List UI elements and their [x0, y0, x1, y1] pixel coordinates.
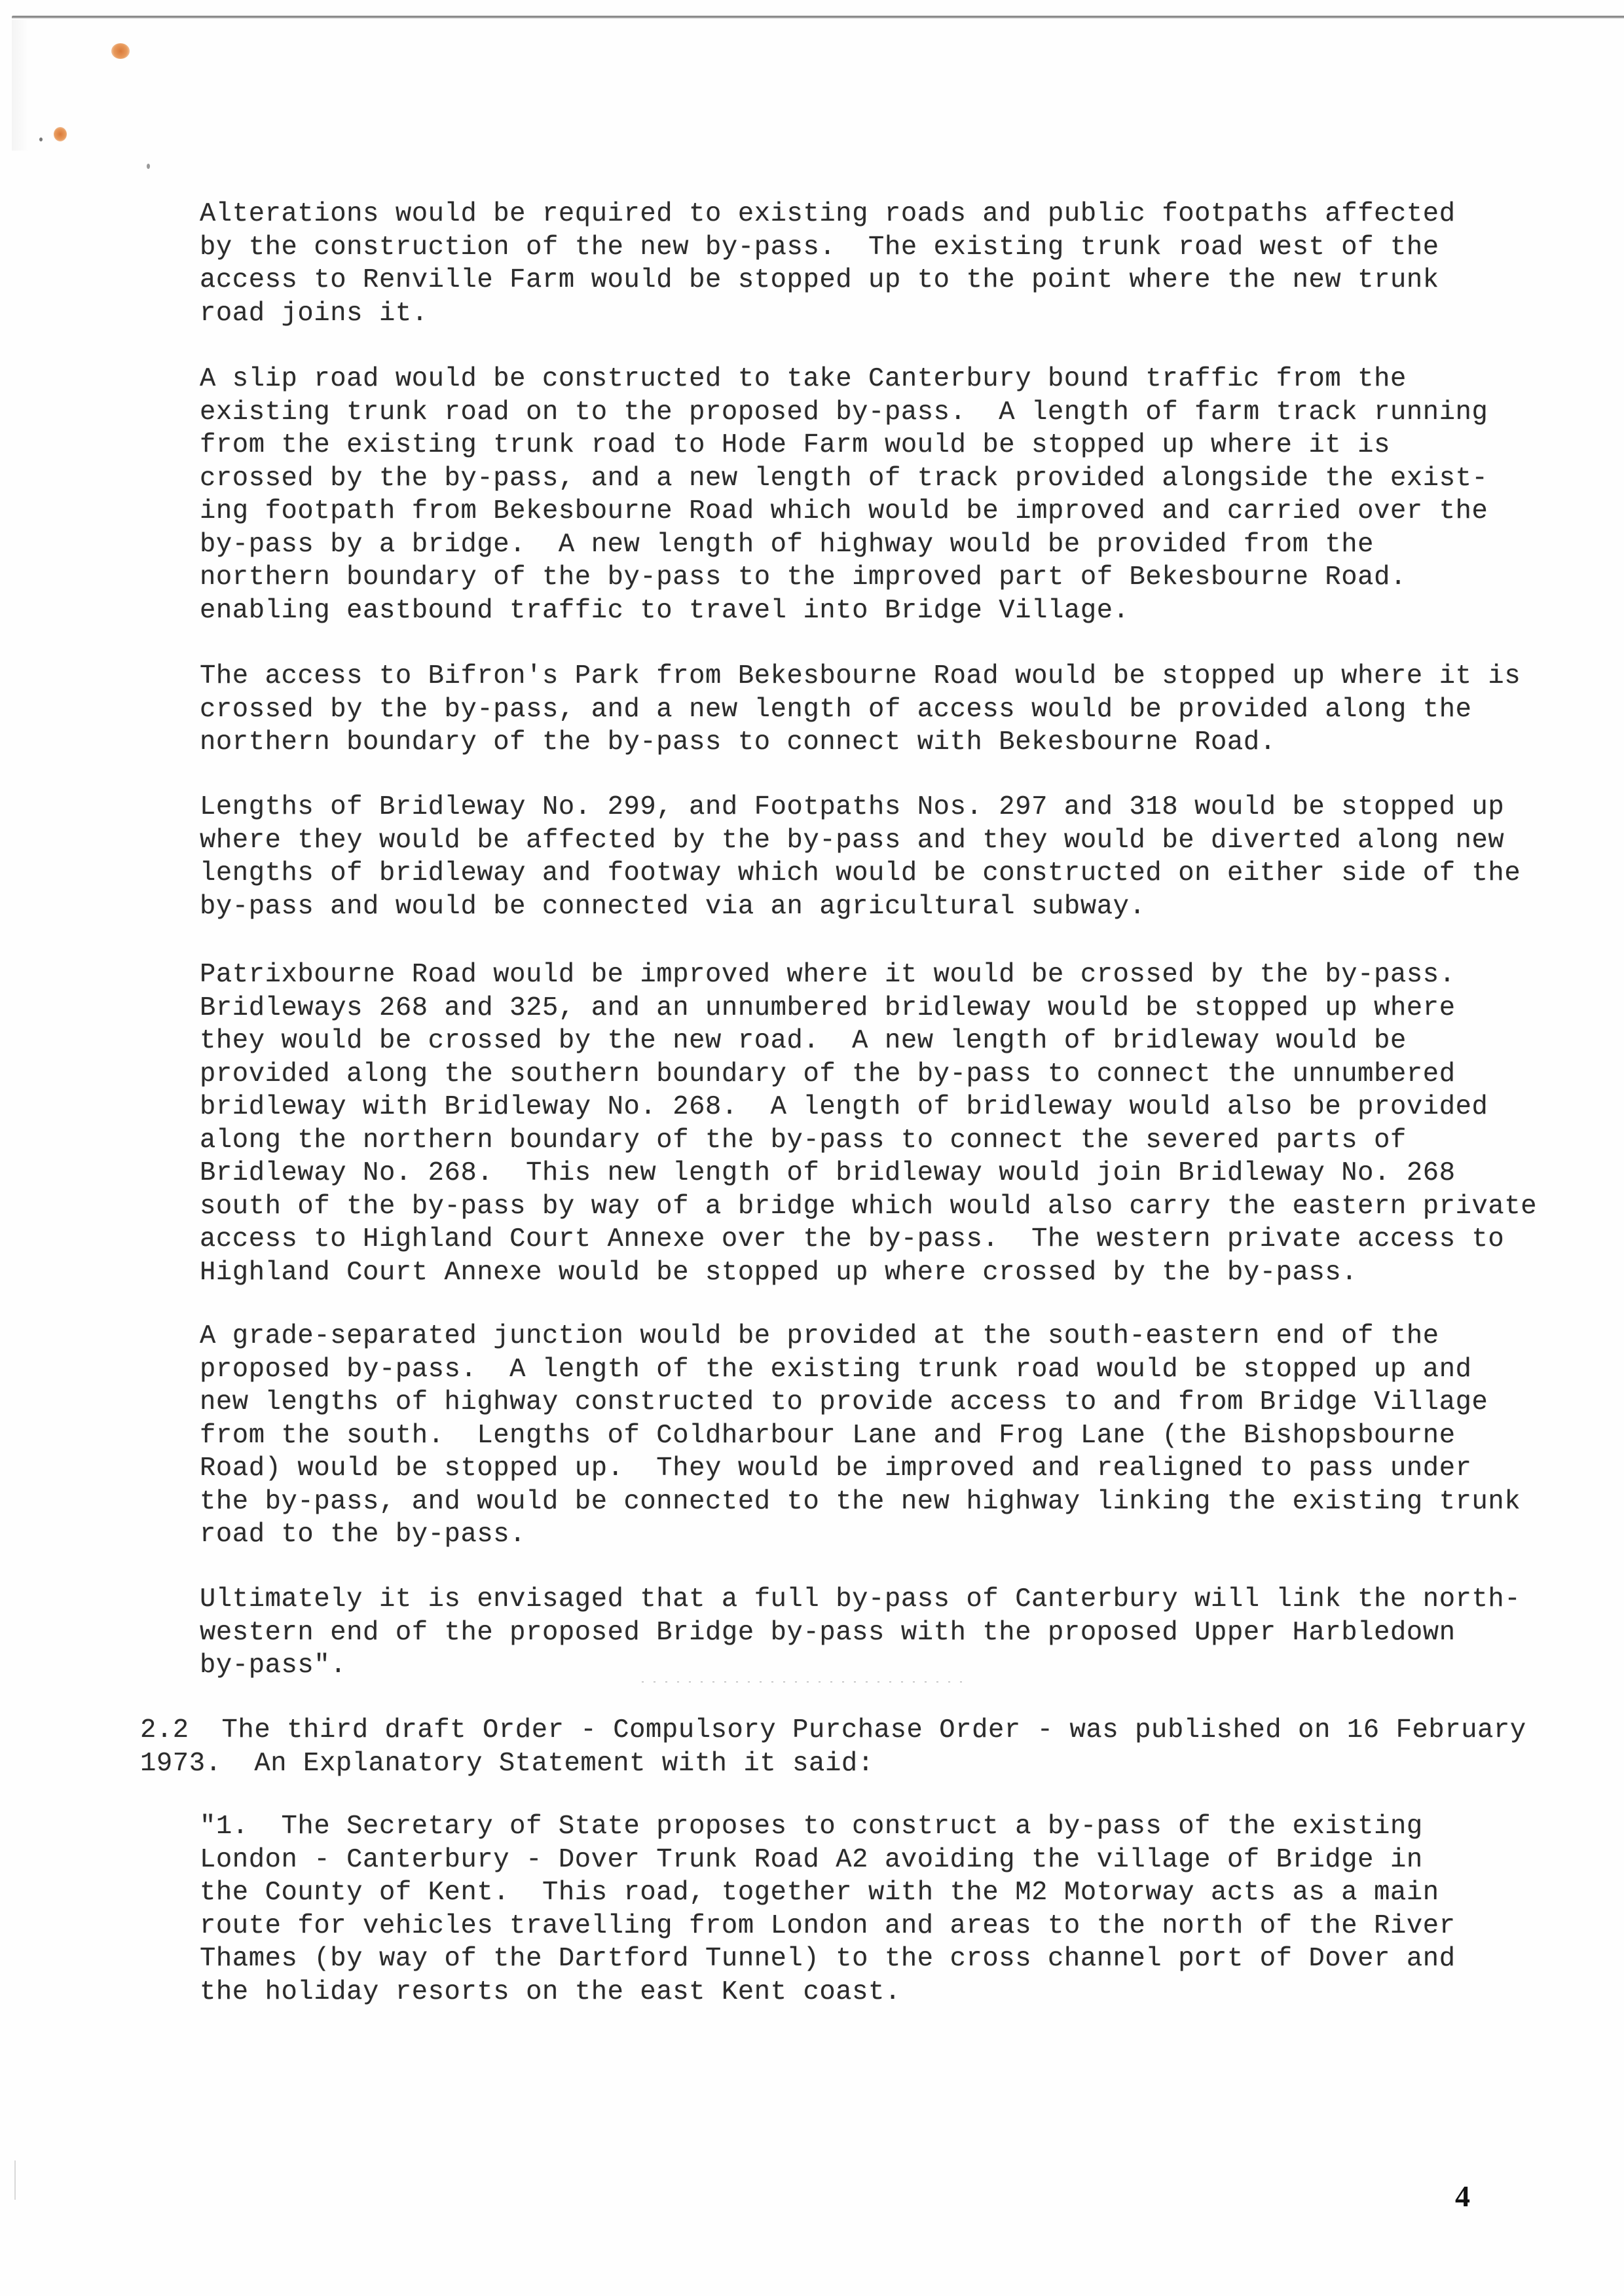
- document-page: Alterations would be required to existin…: [0, 0, 1624, 2296]
- paragraph-ultimately: Ultimately it is envisaged that a full b…: [200, 1583, 1562, 1683]
- paragraph-bridleway-299: Lengths of Bridleway No. 299, and Footpa…: [200, 791, 1562, 923]
- text-line: Ultimately it is envisaged that a full b…: [200, 1583, 1562, 1616]
- text-line: northern boundary of the by-pass to the …: [200, 561, 1562, 594]
- paragraph-slip-road: A slip road would be constructed to take…: [200, 363, 1562, 627]
- text-line: Bridleway No. 268. This new length of br…: [200, 1157, 1562, 1190]
- staple-rust-mark: [54, 127, 67, 141]
- text-line: Bridleways 268 and 325, and an unnumbere…: [200, 992, 1562, 1025]
- text-line: A slip road would be constructed to take…: [200, 363, 1562, 396]
- text-line: by-pass and would be connected via an ag…: [200, 890, 1562, 924]
- text-line: 1973. An Explanatory Statement with it s…: [140, 1747, 1502, 1781]
- text-line: Thames (by way of the Dartford Tunnel) t…: [200, 1942, 1562, 1976]
- text-line: A grade-separated junction would be prov…: [200, 1320, 1562, 1353]
- text-line: Lengths of Bridleway No. 299, and Footpa…: [200, 791, 1562, 824]
- text-line: Alterations would be required to existin…: [200, 198, 1562, 231]
- text-line: provided along the southern boundary of …: [200, 1058, 1562, 1091]
- page-top-edge: [12, 16, 1624, 18]
- text-line: access to Renville Farm would be stopped…: [200, 264, 1562, 297]
- text-line: by the construction of the new by-pass. …: [200, 231, 1562, 264]
- text-line: proposed by-pass. A length of the existi…: [200, 1353, 1562, 1387]
- text-line: where they would be affected by the by-p…: [200, 824, 1562, 858]
- text-line: northern boundary of the by-pass to conn…: [200, 726, 1562, 759]
- faint-scan-dots: [642, 1681, 969, 1683]
- text-line: by-pass".: [200, 1649, 1562, 1683]
- text-line: existing trunk road on to the proposed b…: [200, 396, 1562, 429]
- text-line: ing footpath from Bekesbourne Road which…: [200, 495, 1562, 528]
- text-line: "1. The Secretary of State proposes to c…: [200, 1810, 1562, 1844]
- text-line: western end of the proposed Bridge by-pa…: [200, 1616, 1562, 1650]
- text-line: access to Highland Court Annexe over the…: [200, 1223, 1562, 1256]
- page-edge-mark: [14, 2160, 16, 2200]
- text-line: enabling eastbound traffic to travel int…: [200, 594, 1562, 628]
- page-left-shadow: [12, 20, 29, 151]
- text-line: 2.2 The third draft Order - Compulsory P…: [140, 1714, 1502, 1747]
- text-line: from the existing trunk road to Hode Far…: [200, 429, 1562, 462]
- text-line: road joins it.: [200, 297, 1562, 331]
- staple-rust-mark: [111, 43, 130, 59]
- text-line: crossed by the by-pass, and a new length…: [200, 693, 1562, 727]
- text-line: the by-pass, and would be connected to t…: [200, 1485, 1562, 1519]
- text-line: the holiday resorts on the east Kent coa…: [200, 1976, 1562, 2009]
- text-line: from the south. Lengths of Coldharbour L…: [200, 1419, 1562, 1453]
- text-line: road to the by-pass.: [200, 1518, 1562, 1552]
- paragraph-grade-separated-junction: A grade-separated junction would be prov…: [200, 1320, 1562, 1552]
- paragraph-bifrons-park: The access to Bifron's Park from Bekesbo…: [200, 660, 1562, 759]
- text-line: bridleway with Bridleway No. 268. A leng…: [200, 1091, 1562, 1124]
- text-line: new lengths of highway constructed to pr…: [200, 1386, 1562, 1419]
- text-line: lengths of bridleway and footway which w…: [200, 857, 1562, 890]
- text-line: they would be crossed by the new road. A…: [200, 1025, 1562, 1058]
- text-line: by-pass by a bridge. A new length of hig…: [200, 528, 1562, 562]
- text-line: crossed by the by-pass, and a new length…: [200, 462, 1562, 496]
- section-2-2-paragraph: 2.2 The third draft Order - Compulsory P…: [140, 1714, 1502, 1780]
- text-line: London - Canterbury - Dover Trunk Road A…: [200, 1844, 1562, 1877]
- paragraph-alterations: Alterations would be required to existin…: [200, 198, 1562, 330]
- text-line: Road) would be stopped up. They would be…: [200, 1452, 1562, 1485]
- paragraph-patrixbourne-road: Patrixbourne Road would be improved wher…: [200, 958, 1562, 1289]
- text-line: Patrixbourne Road would be improved wher…: [200, 958, 1562, 992]
- scan-speck: [147, 164, 150, 169]
- text-line: The access to Bifron's Park from Bekesbo…: [200, 660, 1562, 693]
- page-number: 4: [1455, 2179, 1470, 2214]
- text-line: south of the by-pass by way of a bridge …: [200, 1190, 1562, 1224]
- text-line: the County of Kent. This road, together …: [200, 1876, 1562, 1910]
- quoted-explanatory-statement: "1. The Secretary of State proposes to c…: [200, 1810, 1562, 2009]
- scan-speck: [39, 137, 43, 141]
- text-line: Highland Court Annexe would be stopped u…: [200, 1256, 1562, 1290]
- text-line: along the northern boundary of the by-pa…: [200, 1124, 1562, 1157]
- text-line: route for vehicles travelling from Londo…: [200, 1910, 1562, 1943]
